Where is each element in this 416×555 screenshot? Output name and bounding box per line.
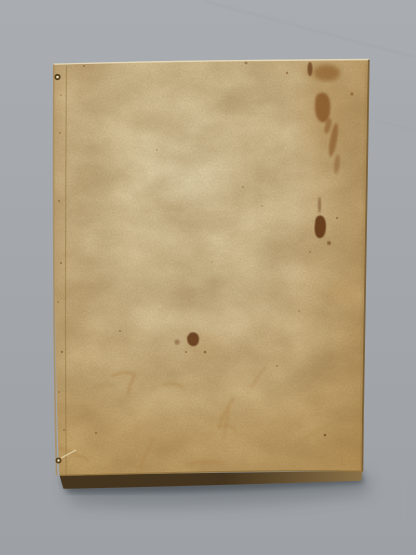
drip-stain-blob <box>315 93 330 123</box>
tie-hole-bottom-left <box>56 458 60 462</box>
ink-spot <box>315 216 326 239</box>
book-photograph <box>0 0 416 555</box>
backdrop-streak <box>403 486 404 518</box>
photo-stage <box>0 0 416 555</box>
tie-hole-top-left <box>55 75 59 79</box>
